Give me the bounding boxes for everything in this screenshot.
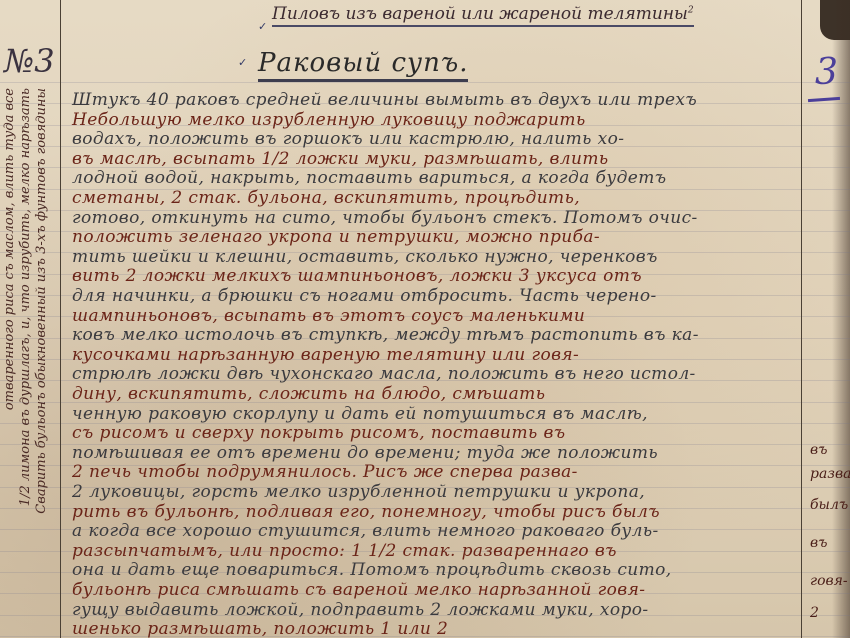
- check-mark-icon: ✓: [258, 20, 267, 33]
- right-margin-note: говя-: [810, 573, 848, 589]
- text-line: водахъ, положить въ горшокъ или кастрюлю…: [72, 129, 624, 149]
- right-margin-note: въ: [810, 535, 827, 551]
- text-line: а когда все хорошо стушится, влить немно…: [72, 521, 659, 541]
- right-margin-note: разва-: [810, 466, 850, 482]
- text-line: 2 печь чтобы подрумянилось. Рисъ же спер…: [72, 462, 578, 482]
- text-line: въ маслѣ, всыпать 1/2 ложки муки, размѣш…: [72, 149, 609, 169]
- text-line: вить 2 ложки мелкихъ шампиньоновъ, ложки…: [72, 266, 642, 286]
- text-line: Штукъ 40 раковъ средней величины вымыть …: [72, 90, 697, 110]
- text-line: ковъ мелко истолочь въ ступкѣ, между тѣм…: [72, 325, 699, 345]
- text-line: Небольшую мелко изрубленную луковицу под…: [72, 110, 586, 130]
- page-number: 3: [815, 52, 838, 93]
- text-line: готово, откинуть на сито, чтобы бульонъ …: [72, 208, 698, 228]
- right-margin-note: въ: [810, 442, 827, 458]
- right-margin-rule: [801, 0, 802, 638]
- recipe-title: Раковый супъ.: [258, 48, 468, 82]
- recipe-number: №3: [4, 42, 55, 80]
- header-title: Пиловъ изъ вареной или жареной телятины2: [272, 4, 694, 27]
- right-margin-note: 2: [810, 605, 819, 621]
- text-line: ченную раковую скорлупу и дать ей потуши…: [72, 404, 648, 424]
- text-line: разсыпчатымъ, или просто: 1 1/2 стак. ра…: [72, 541, 617, 561]
- margin-note: отваренного риса съ маслом, влить туда в…: [2, 88, 17, 410]
- text-line: 2 луковицы, горсть мелко изрубленной пет…: [72, 482, 645, 502]
- ruling-line: [0, 82, 850, 83]
- text-line: тить шейки и клешни, оставить, сколько н…: [72, 247, 658, 267]
- text-line: она и дать еще повариться. Потомъ процѣд…: [72, 560, 672, 580]
- text-line: шампиньоновъ, всыпать въ этотъ соусъ мал…: [72, 306, 585, 326]
- page-edge-shadow: [832, 0, 850, 638]
- text-line: положить зеленаго укропа и петрушки, мож…: [72, 227, 600, 247]
- text-line: стрюлѣ ложки двѣ чухонскаго масла, полож…: [72, 364, 696, 384]
- text-line: лодной водой, накрыть, поставить варитьс…: [72, 168, 666, 188]
- check-mark-icon: ✓: [238, 56, 247, 69]
- text-line: дину, вскипятить, сложить на блюдо, смѣш…: [72, 384, 545, 404]
- right-margin-note: былъ: [810, 497, 848, 513]
- text-line: шенько размѣшать, положить 1 или 2: [72, 619, 448, 638]
- notebook-page: Пиловъ изъ вареной или жареной телятины2…: [0, 0, 850, 638]
- text-line: съ рисомъ и сверху покрыть рисомъ, поста…: [72, 423, 566, 443]
- text-line: кусочками нарѣзанную вареную телятину ил…: [72, 345, 579, 365]
- text-line: помѣшивая ее отъ времени до времени; туд…: [72, 443, 658, 463]
- margin-note: 1/2 лимона въ дуршлагъ, и, что изрубить,…: [18, 88, 33, 506]
- text-line: рить въ бульонѣ, подливая его, понемногу…: [72, 502, 660, 522]
- text-line: сметаны, 2 стак. бульона, вскипятить, пр…: [72, 188, 580, 208]
- left-margin-rule: [60, 0, 61, 638]
- margin-note: Сварить бульонъ обыкновенный изъ 3-хъ фу…: [34, 88, 49, 514]
- text-line: бульонѣ риса смѣшать съ вареной мелко на…: [72, 580, 645, 600]
- text-line: для начинки, а брюшки съ ногами отбросит…: [72, 286, 657, 306]
- text-line: гущу выдавить ложкой, подправить 2 ложка…: [72, 600, 649, 620]
